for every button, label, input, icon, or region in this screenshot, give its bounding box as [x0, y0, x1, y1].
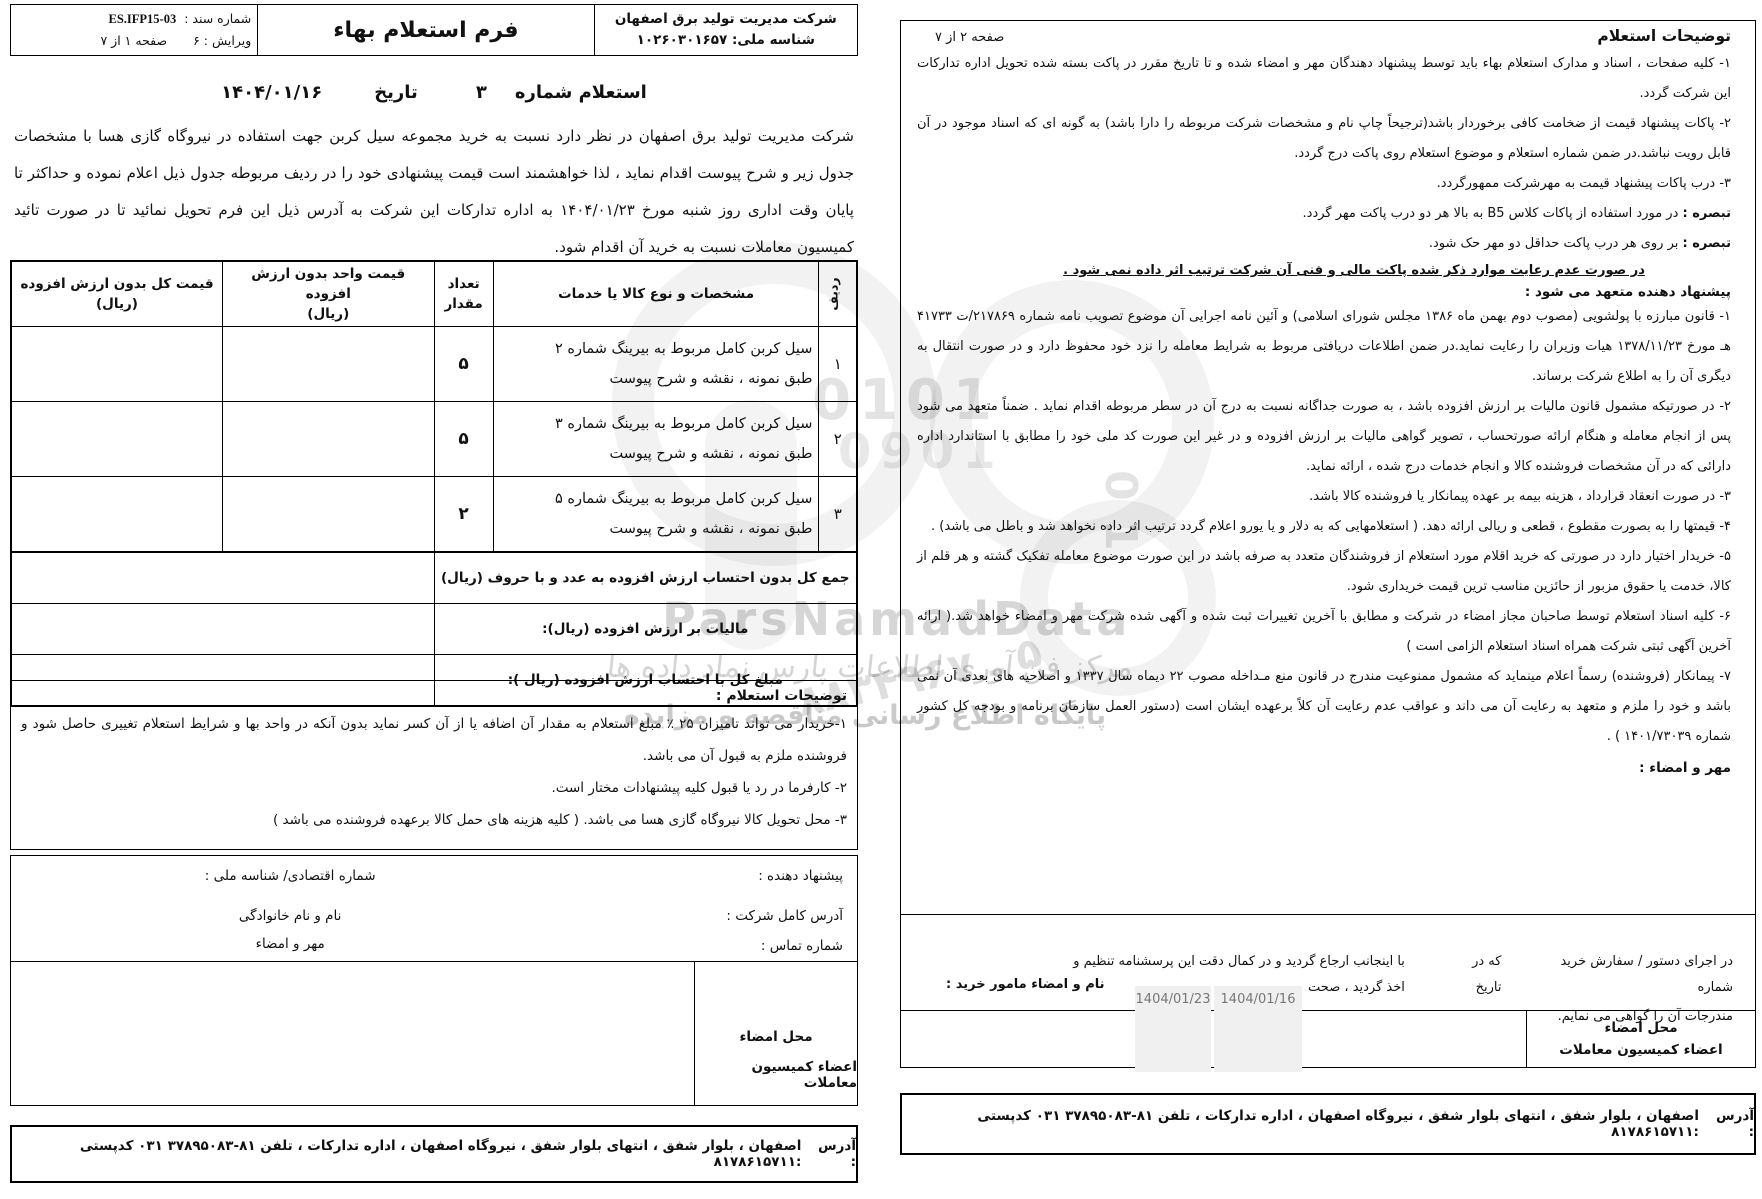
- inquiry-date: ۱۴۰۴/۰۱/۱۶: [221, 82, 322, 103]
- commission-members-label-right: اعضاء کمیسیون معاملات: [1559, 1042, 1722, 1058]
- col-header-unit-price: قیمت واحد بدون ارزش افزوده (ریال): [223, 261, 435, 327]
- address-label: آدرس :: [809, 1138, 856, 1170]
- commission-bottom-table: محل امضاء اعضاء کمیسیون معاملات: [901, 1010, 1755, 1067]
- term-clause-3: ۳- درب پاکات پیشنهاد قیمت به مهرشرکت ممه…: [917, 169, 1731, 199]
- item-1-qty: ۵: [434, 327, 493, 402]
- item-2-unit-price: [223, 402, 435, 477]
- items-table-header-row: ردیف مشخصات و نوع کالا یا خدمات تعداد مق…: [11, 261, 857, 327]
- seal-signature-label: مهر و امضاء: [113, 936, 468, 952]
- inquiry-label: استعلام شماره: [515, 82, 647, 103]
- item-2-no: ۲: [819, 402, 857, 477]
- commitment-6: ۶- کلیه اسناد استعلام توسط صاحبان مجاز ا…: [917, 602, 1731, 662]
- form-header-table: شرکت مدیریت تولید برق اصفهان شناسه ملی: …: [10, 4, 858, 56]
- inquiry-date-label: تاریخ: [374, 82, 418, 103]
- address-bar-right: آدرس : اصفهان ، بلوار شفق ، انتهای بلوار…: [900, 1093, 1756, 1155]
- page-number-left: صفحه ۱ از ۷: [100, 30, 167, 52]
- address-label-right: آدرس :: [1707, 1108, 1754, 1140]
- items-table: ردیف مشخصات و نوع کالا یا خدمات تعداد مق…: [10, 260, 858, 707]
- bidder-info-box: پیشنهاد دهنده : آدرس کامل شرکت : شماره ت…: [10, 855, 858, 962]
- right-page: توضیحات استعلام صفحه ۲ از ۷ ۱- کلیه صفحا…: [900, 20, 1756, 1160]
- contact-number-label: شماره تماس :: [761, 938, 843, 954]
- footer-row-vat: مالیات بر ارزش افزوده (ریال):: [11, 604, 857, 655]
- item-1-total-price: [11, 327, 223, 402]
- vat-label: مالیات بر ارزش افزوده (ریال):: [434, 604, 857, 655]
- commitment-5: ۵- خریدار اختیار دارد در صورتی که خرید ا…: [917, 542, 1731, 602]
- commission-members-label: اعضاء کمیسیون معاملات: [695, 1059, 857, 1091]
- item-2-qty: ۵: [434, 402, 493, 477]
- footer-row-sum: جمع کل بدون احتساب ارزش افزوده به عدد و …: [11, 552, 857, 604]
- col-header-qty: تعداد مقدار: [434, 261, 493, 327]
- commission-signature-box: محل امضاء اعضاء کمیسیون معاملات: [10, 961, 858, 1106]
- item-1-no: ۱: [819, 327, 857, 402]
- commission-signature-cell-right: محل امضاء اعضاء کمیسیون معاملات: [1526, 1011, 1755, 1067]
- inquiry-intro-paragraph: شرکت مدیریت تولید برق اصفهان در نظر دارد…: [14, 118, 854, 266]
- item-3-unit-price: [223, 477, 435, 553]
- sum-label: جمع کل بدون احتساب ارزش افزوده به عدد و …: [434, 552, 857, 604]
- note-clause-2: تبصره : بر روی هر درب پاکت حداقل دو مهر …: [917, 229, 1731, 259]
- address-text-right: اصفهان ، بلوار شفق ، انتهای بلوار شفق ، …: [902, 1108, 1699, 1140]
- item-row-1: ۱ سیل کربن کامل مربوط به بیرینگ شماره ۲ …: [11, 327, 857, 402]
- col-header-row-no: ردیف: [819, 261, 857, 327]
- doc-no-label: شماره سند :: [184, 8, 251, 30]
- term-clause-2: ۲- پاکات پیشنهاد قیمت از ضخامت کافی برخو…: [917, 109, 1731, 169]
- signature-place-label: محل امضاء: [739, 1029, 812, 1045]
- item-2-total-price: [11, 402, 223, 477]
- inquiry-terms-box: توضیحات استعلام صفحه ۲ از ۷ ۱- کلیه صفحا…: [900, 20, 1756, 1068]
- date-highlight-cell-1: 1404/01/23: [1135, 986, 1211, 1072]
- seal-signature-line: مهر و امضاء :: [917, 760, 1731, 776]
- bidder-label: پیشنهاد دهنده :: [758, 868, 843, 884]
- commitment-2: ۲- در صورتیکه مشمول قانون مالیات بر ارزش…: [917, 392, 1731, 482]
- terms-header-row: توضیحات استعلام صفحه ۲ از ۷: [917, 27, 1731, 45]
- item-3-total-price: [11, 477, 223, 553]
- item-row-2: ۲ سیل کربن کامل مربوط به بیرینگ شماره ۳ …: [11, 402, 857, 477]
- divider-line: [901, 914, 1755, 915]
- economic-code-label: شماره اقتصادی/ شناسه ملی :: [113, 868, 468, 884]
- inquiry-notes-box: توضیحات استعلام : ۱-خریدار می تواند تامی…: [10, 680, 858, 850]
- sum-value: [11, 552, 434, 604]
- revision-label: ویرایش : ۶: [193, 30, 251, 52]
- left-page: شرکت مدیریت تولید برق اصفهان شناسه ملی: …: [10, 4, 858, 1184]
- signature-place-label-right: محل امضاء: [1604, 1020, 1677, 1036]
- scanned-inquiry-form: 0101 0901 1 0 ParsNamadData ۵ ـ ۸۸۳۴۹۶۷ …: [0, 0, 1762, 1199]
- date-highlight-cell-2: 1404/01/16: [1214, 986, 1302, 1072]
- item-2-spec: سیل کربن کامل مربوط به بیرینگ شماره ۳ طب…: [493, 402, 819, 477]
- full-name-label: نام و نام خانوادگی: [113, 908, 468, 924]
- col-header-total-price: قیمت کل بدون ارزش افزوده (ریال): [11, 261, 223, 327]
- notes-title: توضیحات استعلام :: [21, 688, 847, 704]
- note-item-3: ۳- محل تحویل کالا نیروگاه گازی هسا می با…: [21, 804, 847, 836]
- item-3-qty: ۲: [434, 477, 493, 553]
- commitment-7: ۷- پیمانکار (فروشنده) رسماً اعلام مینمای…: [917, 662, 1731, 752]
- item-row-3: ۳ سیل کربن کامل مربوط به بیرینگ شماره ۵ …: [11, 477, 857, 553]
- page-number-right: صفحه ۲ از ۷: [935, 30, 1004, 45]
- company-national-id: شناسه ملی: ۱۰۲۶۰۳۰۱۶۵۷: [601, 30, 851, 51]
- company-address-label: آدرس کامل شرکت :: [726, 908, 843, 924]
- col-header-spec: مشخصات و نوع کالا یا خدمات: [493, 261, 819, 327]
- address-bar-left: آدرس : اصفهان ، بلوار شفق ، انتهای بلوار…: [10, 1125, 858, 1183]
- doc-info-block: شماره سند : ES.IFP15-03 ویرایش : ۶ صفحه …: [11, 5, 258, 56]
- item-3-spec: سیل کربن کامل مربوط به بیرینگ شماره ۵ طب…: [493, 477, 819, 553]
- company-block: شرکت مدیریت تولید برق اصفهان شناسه ملی: …: [594, 5, 857, 56]
- company-name: شرکت مدیریت تولید برق اصفهان: [601, 9, 851, 30]
- commission-signature-cell: محل امضاء اعضاء کمیسیون معاملات: [694, 962, 857, 1105]
- item-3-no: ۳: [819, 477, 857, 553]
- commitments-title: پیشنهاد دهنده متعهد می شود :: [917, 284, 1731, 300]
- warning-line: در صورت عدم رعایت موارد ذکر شده پاکت مال…: [1037, 263, 1671, 278]
- inquiry-title-line: استعلام شماره ۳ تاریخ ۱۴۰۴/۰۱/۱۶: [10, 82, 858, 103]
- item-1-spec: سیل کربن کامل مربوط به بیرینگ شماره ۲ طب…: [493, 327, 819, 402]
- commitment-3: ۳- در صورت انعقاد قرارداد ، هزینه بیمه ب…: [917, 482, 1731, 512]
- item-1-unit-price: [223, 327, 435, 402]
- terms-title: توضیحات استعلام: [1597, 27, 1731, 45]
- confirm-seg-date: که در تاریخ: [1453, 949, 1502, 1001]
- commitment-1: ۱- قانون مبارزه با پولشویی (مصوب دوم بهم…: [917, 302, 1731, 392]
- note-clause-1: تبصره : در مورد استفاده از پاکات کلاس B5…: [917, 199, 1731, 229]
- form-title: فرم استعلام بهاء: [258, 5, 594, 56]
- term-clause-1: ۱- کلیه صفحات ، اسناد و مدارک استعلام به…: [917, 49, 1731, 109]
- doc-no-value: ES.IFP15-03: [108, 8, 176, 30]
- confirm-seg-order: در اجرای دستور / سفارش خرید شماره: [1559, 949, 1733, 1001]
- commitment-4: ۴- قیمتها را به بصورت مقطوع ، قطعی و ریا…: [917, 512, 1731, 542]
- vat-value: [11, 604, 434, 655]
- address-text: اصفهان ، بلوار شفق ، انتهای بلوار شفق ، …: [12, 1138, 801, 1170]
- inquiry-number: ۳: [476, 82, 487, 103]
- note-item-1: ۱-خریدار می تواند تامیزان ۲۵ ٪ مبلغ استع…: [21, 708, 847, 772]
- purchase-agent-signature-label: نام و امضاء مامور خرید :: [946, 977, 1105, 992]
- note-item-2: ۲- کارفرما در رد یا قبول کلیه پیشنهادات …: [21, 772, 847, 804]
